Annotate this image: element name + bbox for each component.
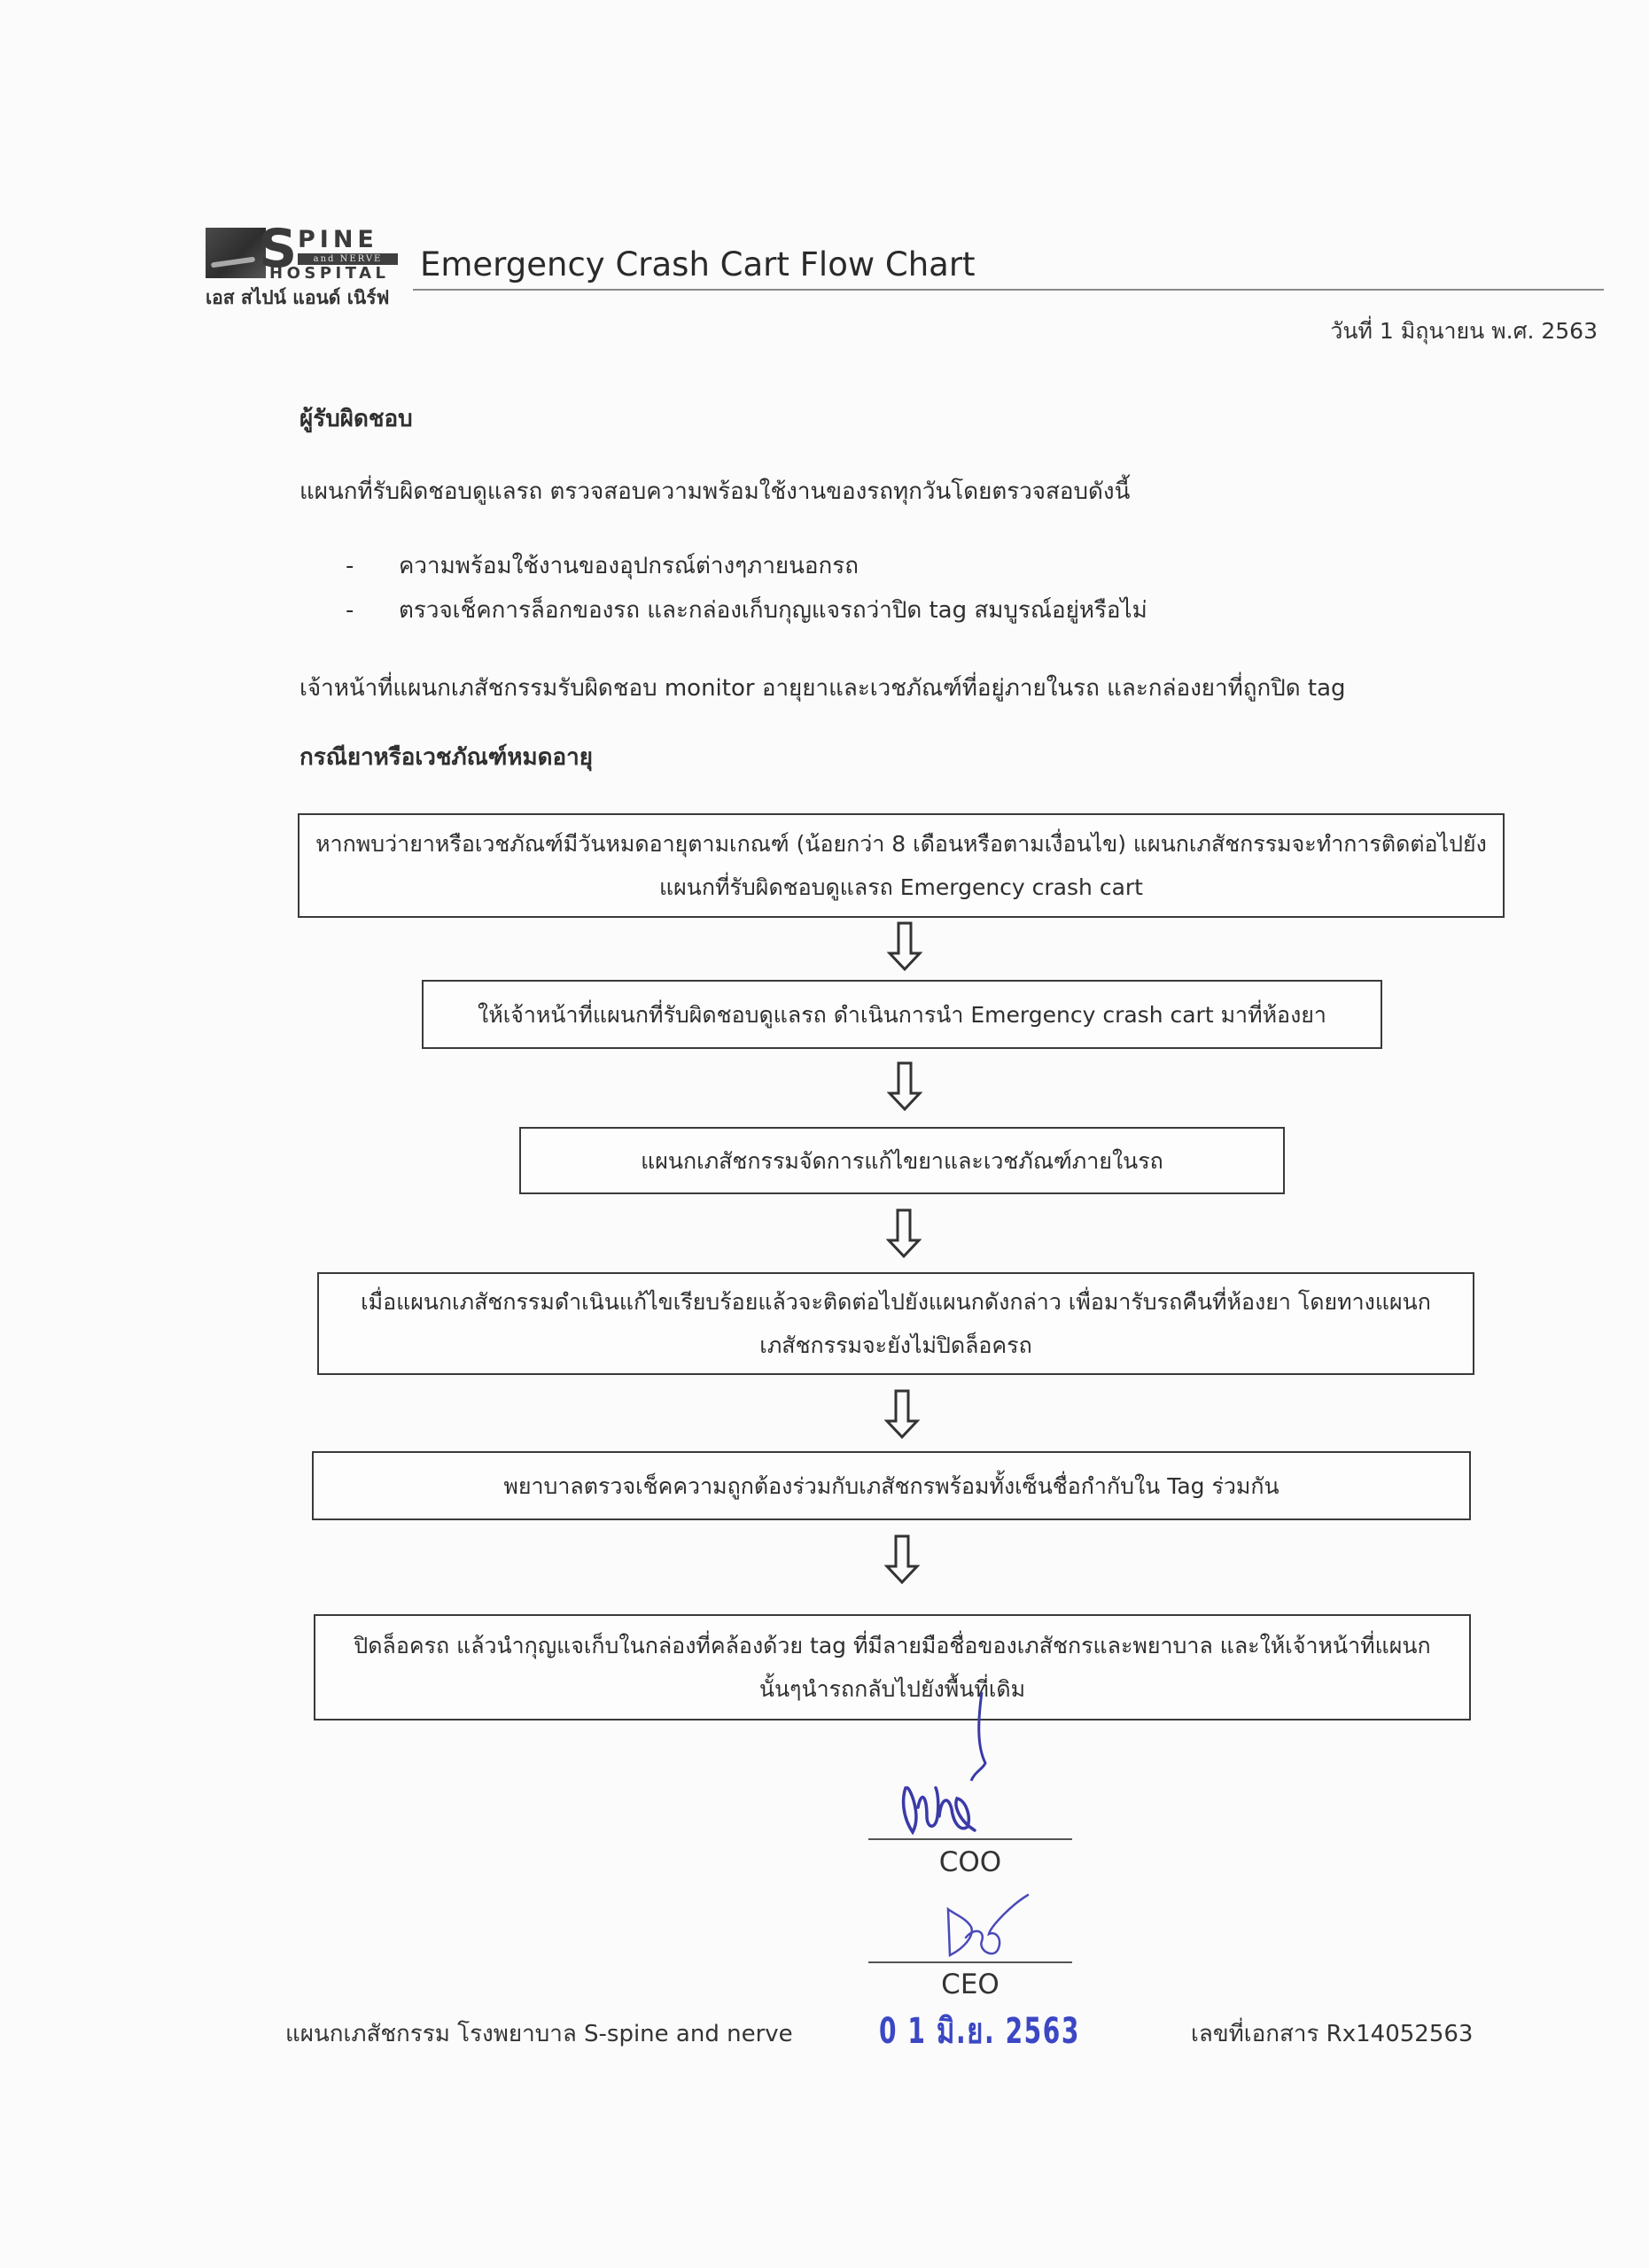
down-arrow-icon xyxy=(886,1208,922,1258)
signature-line xyxy=(868,1838,1072,1840)
bullet-text: ตรวจเช็คการล็อกของรถ และกล่องเก็บกุญแจรถ… xyxy=(399,597,1147,624)
footer-department: แผนกเภสัชกรรม โรงพยาบาล S-spine and nerv… xyxy=(285,2018,793,2050)
responsibility-heading: ผู้รับผิดชอบ xyxy=(299,402,413,436)
flow-step-text: พยาบาลตรวจเช็คความถูกต้องร่วมกับเภสัชกรพ… xyxy=(503,1464,1279,1508)
flow-step-5: พยาบาลตรวจเช็คความถูกต้องร่วมกับเภสัชกรพ… xyxy=(312,1451,1471,1520)
hospital-logo: S PINE and NERVE HOSPITAL เอส สไปน์ แอนด… xyxy=(206,228,402,318)
bullet-text: ความพร้อมใช้งานของอุปกรณ์ต่างๆภายนอกรถ xyxy=(399,553,859,579)
flow-step-text: ให้เจ้าหน้าที่แผนกที่รับผิดชอบดูแลรถ ดำเ… xyxy=(478,993,1326,1037)
expiry-case-heading: กรณียาหรือเวชภัณฑ์หมดอายุ xyxy=(299,741,593,774)
flow-step-text: เมื่อแผนกเภสัชกรรมดำเนินแก้ไขเรียบร้อยแล… xyxy=(361,1280,1431,1324)
bullet-item: -ความพร้อมใช้งานของอุปกรณ์ต่างๆภายนอกรถ xyxy=(346,549,859,583)
title-divider xyxy=(413,289,1604,291)
page-title: Emergency Crash Cart Flow Chart xyxy=(420,245,976,285)
spine-skeleton-icon xyxy=(206,228,266,278)
signatory-role: COO xyxy=(868,1846,1072,1878)
flow-step-text: แผนกที่รับผิดชอบดูแลรถ Emergency crash c… xyxy=(659,866,1143,909)
flow-step-text: หากพบว่ายาหรือเวชภัณฑ์มีวันหมดอายุตามเกณ… xyxy=(315,822,1487,866)
signatory-role: CEO xyxy=(868,1969,1072,2000)
flow-step-2: ให้เจ้าหน้าที่แผนกที่รับผิดชอบดูแลรถ ดำเ… xyxy=(422,980,1382,1049)
responsibility-intro: แผนกที่รับผิดชอบดูแลรถ ตรวจสอบความพร้อมใ… xyxy=(299,475,1130,509)
logo-hospital: HOSPITAL xyxy=(269,266,390,282)
down-arrow-icon xyxy=(884,1534,920,1584)
pharmacy-note: เจ้าหน้าที่แผนกเภสัชกรรมรับผิดชอบ monito… xyxy=(299,672,1346,705)
flow-step-text: เภสัชกรรมจะยังไม่ปิดล็อครถ xyxy=(759,1324,1031,1367)
bullet-item: -ตรวจเช็คการล็อกของรถ และกล่องเก็บกุญแจร… xyxy=(346,594,1147,627)
logo-thai-name: เอส สไปน์ แอนด์ เนิร์ฟ xyxy=(206,286,389,309)
handwritten-signature-icon xyxy=(939,1891,1046,1962)
bullet-marker: - xyxy=(346,594,399,627)
handwritten-signature-icon xyxy=(886,1683,1028,1843)
bullet-marker: - xyxy=(346,549,399,583)
logo-brand: PINE xyxy=(298,228,378,252)
flow-step-text: ปิดล็อครถ แล้วนำกุญแจเก็บในกล่องที่คล้อง… xyxy=(354,1624,1430,1667)
down-arrow-icon xyxy=(884,1389,920,1439)
down-arrow-icon xyxy=(887,921,922,971)
document-date: วันที่ 1 มิถุนายน พ.ศ. 2563 xyxy=(1330,315,1598,347)
document-number: เลขที่เอกสาร Rx14052563 xyxy=(1191,2018,1473,2050)
flow-step-text: แผนกเภสัชกรรมจัดการแก้ไขยาและเวชภัณฑ์ภาย… xyxy=(641,1139,1163,1183)
flow-step-1: หากพบว่ายาหรือเวชภัณฑ์มีวันหมดอายุตามเกณ… xyxy=(298,813,1505,918)
flow-step-3: แผนกเภสัชกรรมจัดการแก้ไขยาและเวชภัณฑ์ภาย… xyxy=(519,1127,1285,1194)
flow-step-4: เมื่อแผนกเภสัชกรรมดำเนินแก้ไขเรียบร้อยแล… xyxy=(317,1272,1474,1375)
date-stamp: 0 1 มิ.ย. 2563 xyxy=(879,2009,1080,2054)
down-arrow-icon xyxy=(887,1061,922,1111)
signature-line xyxy=(868,1961,1072,1963)
